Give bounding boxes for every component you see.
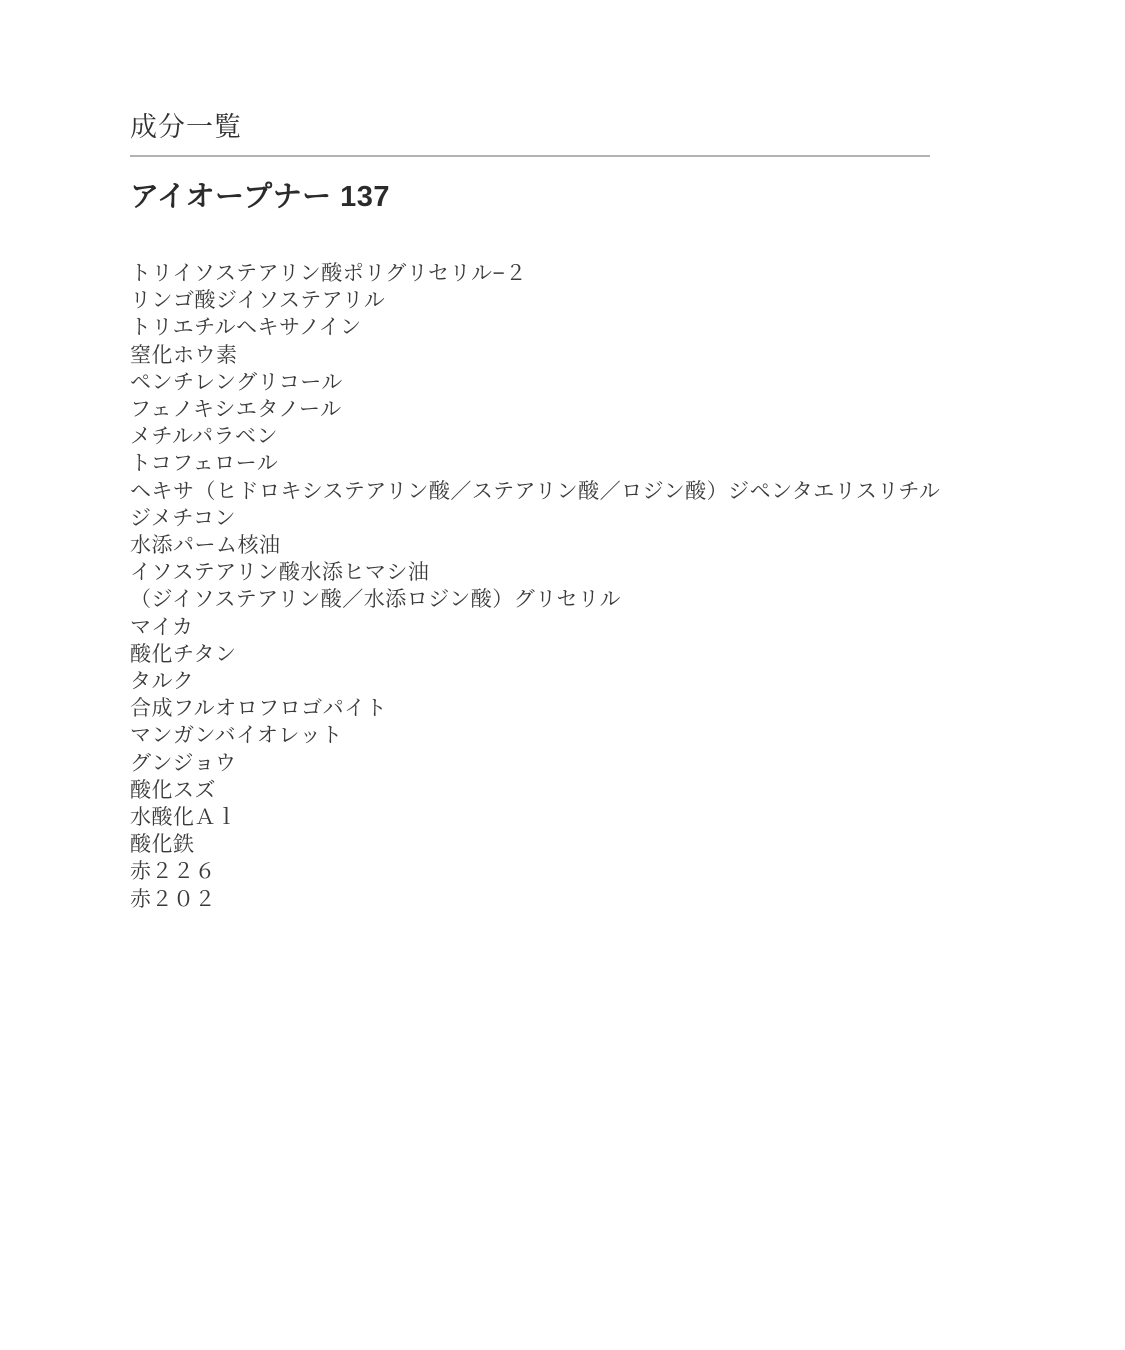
ingredient-line: 酸化チタン bbox=[130, 641, 930, 668]
ingredient-line: トリエチルヘキサノイン bbox=[130, 314, 930, 341]
ingredient-line: イソステアリン酸水添ヒマシ油 bbox=[130, 559, 930, 586]
ingredient-line: トリイソステアリン酸ポリグリセリル−２ bbox=[130, 260, 930, 287]
ingredient-line: マンガンバイオレット bbox=[130, 722, 930, 749]
ingredient-line: タルク bbox=[130, 668, 930, 695]
ingredient-line: フェノキシエタノール bbox=[130, 396, 930, 423]
ingredient-line: 赤２０２ bbox=[130, 886, 930, 913]
ingredient-line: 窒化ホウ素 bbox=[130, 342, 930, 369]
ingredient-line: ヘキサ（ヒドロキシステアリン酸／ステアリン酸／ロジン酸）ジペンタエリスリチル bbox=[130, 478, 930, 505]
ingredients-page: 成分一覧 アイオープナー 137 トリイソステアリン酸ポリグリセリル−２リンゴ酸… bbox=[0, 0, 1125, 1350]
ingredient-line: メチルパラベン bbox=[130, 423, 930, 450]
ingredient-line: リンゴ酸ジイソステアリル bbox=[130, 287, 930, 314]
ingredient-line: 合成フルオロフロゴパイト bbox=[130, 695, 930, 722]
ingredient-line: 酸化スズ bbox=[130, 777, 930, 804]
ingredient-line: ジメチコン bbox=[130, 505, 930, 532]
ingredients-list: トリイソステアリン酸ポリグリセリル−２リンゴ酸ジイソステアリルトリエチルヘキサノ… bbox=[130, 260, 930, 913]
ingredient-line: 水酸化Ａｌ bbox=[130, 804, 930, 831]
ingredient-line: 酸化鉄 bbox=[130, 831, 930, 858]
ingredient-line: （ジイソステアリン酸／水添ロジン酸）グリセリル bbox=[130, 586, 930, 613]
section-divider bbox=[130, 155, 930, 157]
product-title: アイオープナー 137 bbox=[130, 181, 930, 213]
ingredient-line: トコフェロール bbox=[130, 450, 930, 477]
page-heading: 成分一覧 bbox=[130, 112, 930, 142]
ingredient-line: グンジョウ bbox=[130, 750, 930, 777]
ingredient-line: 水添パーム核油 bbox=[130, 532, 930, 559]
ingredient-line: ペンチレングリコール bbox=[130, 369, 930, 396]
ingredient-line: マイカ bbox=[130, 614, 930, 641]
ingredient-line: 赤２２６ bbox=[130, 858, 930, 885]
